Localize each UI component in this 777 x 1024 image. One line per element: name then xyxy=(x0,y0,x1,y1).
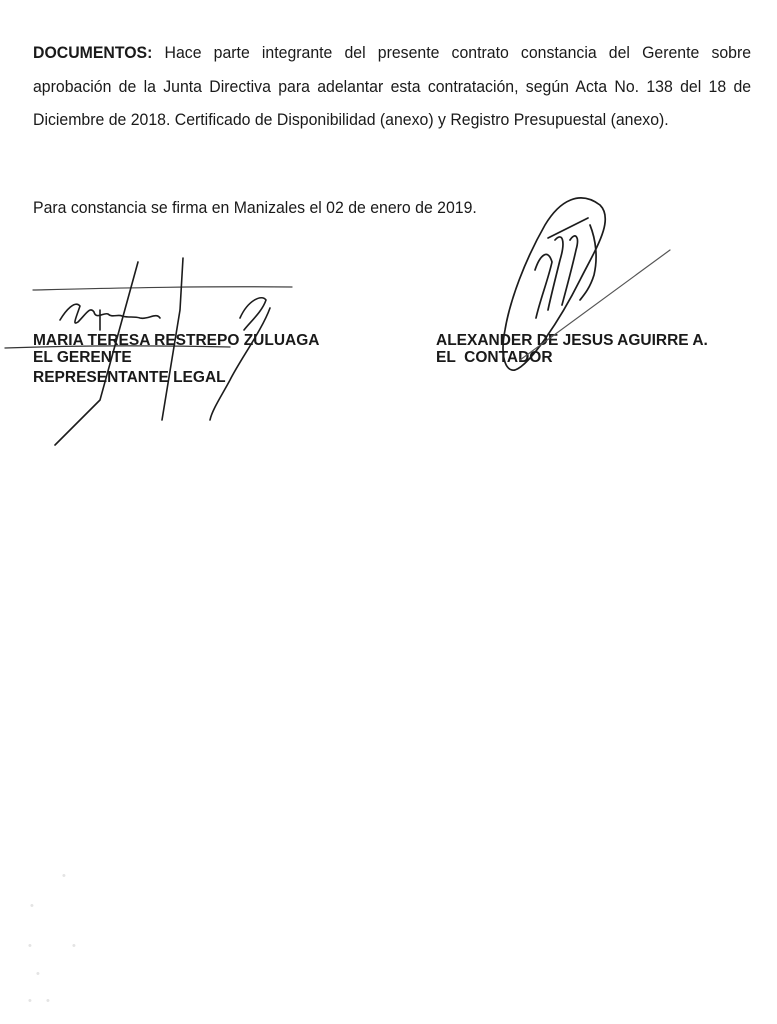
signatures-ink xyxy=(0,0,777,1024)
signatory-title: REPRESENTANTE LEGAL xyxy=(33,369,319,386)
bleed-through-mark: • xyxy=(72,940,76,952)
bleed-through-mark: • xyxy=(62,870,66,882)
bleed-through-mark: • xyxy=(36,968,40,980)
documents-label: DOCUMENTOS: xyxy=(33,44,152,62)
bleed-through-mark: • xyxy=(46,995,50,1007)
bleed-through-mark: • xyxy=(30,900,34,912)
closing-statement: Para constancia se firma en Manizales el… xyxy=(33,199,477,218)
bleed-through-mark: • xyxy=(28,995,32,1007)
signatory-accountant: ALEXANDER DE JESUS AGUIRRE A. EL CONTADO… xyxy=(436,332,708,366)
documents-clause: DOCUMENTOS: Hace parte integrante del pr… xyxy=(33,37,751,138)
signatory-manager: MARIA TERESA RESTREPO ZULUAGA EL GERENTE… xyxy=(33,332,319,386)
bleed-through-mark: • xyxy=(28,940,32,952)
signatory-role: EL CONTADOR xyxy=(436,349,708,366)
signatory-name: MARIA TERESA RESTREPO ZULUAGA xyxy=(33,332,319,349)
signatory-name: ALEXANDER DE JESUS AGUIRRE A. xyxy=(436,332,708,349)
signatory-role: EL GERENTE xyxy=(33,349,319,366)
